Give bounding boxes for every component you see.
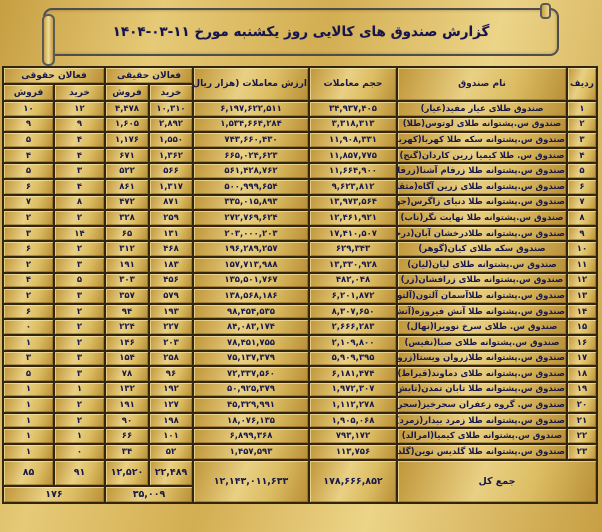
cell-legal-sell: ۱ (3, 428, 54, 444)
cell-volume: ۸,۳۰۷,۶۵۰ (309, 304, 397, 320)
total-real-buy: ۲۲,۴۸۹ (149, 460, 193, 486)
cell-fund-name: صندوق س.پشتوانه طلادرخشان آبان(درخشان) (397, 226, 567, 242)
cell-volume: ۹,۶۲۳,۸۱۲ (309, 179, 397, 195)
cell-row-number: ۱ (567, 101, 597, 117)
table-row: ۳ صندوق س.پشتوانه سکه طلا کهربا(کهربا) ۱… (3, 132, 597, 148)
cell-legal-buy: ۹ (54, 117, 105, 133)
cell-row-number: ۱۵ (567, 319, 597, 335)
cell-row-number: ۲۳ (567, 444, 597, 460)
cell-real-buy: ۲۲۷ (149, 319, 193, 335)
cell-real-sell: ۴۷۲ (105, 195, 149, 211)
table-footer: جمع کل ۱۷۸,۶۶۶,۸۵۲ ۱۲,۱۴۳,۰۱۱,۶۳۳ ۲۲,۴۸۹… (3, 460, 597, 503)
cell-row-number: ۱۸ (567, 366, 597, 382)
cell-real-sell: ۲۲۴ (105, 319, 149, 335)
cell-fund-name: صندوق س.پشتوانه طلا نهایت نگر(ناب) (397, 210, 567, 226)
total-real-sell: ۱۲,۵۲۰ (105, 460, 149, 486)
cell-real-buy: ۲,۸۹۲ (149, 117, 193, 133)
cell-real-sell: ۳۱۲ (105, 241, 149, 257)
cell-row-number: ۳ (567, 132, 597, 148)
cell-real-sell: ۳۴ (105, 444, 149, 460)
cell-legal-sell: ۹ (3, 117, 54, 133)
cell-legal-buy: ۲ (54, 304, 105, 320)
header-fund-name: نام صندوق (397, 67, 567, 101)
cell-real-buy: ۱۳۱ (149, 226, 193, 242)
cell-legal-sell: ۶ (3, 179, 54, 195)
cell-fund-name: صندوق س.پشتوانه طلای لیان(لیان) (397, 257, 567, 273)
cell-real-sell: ۱,۱۷۶ (105, 132, 149, 148)
total-volume: ۱۷۸,۶۶۶,۸۵۲ (309, 460, 397, 503)
cell-fund-name: صندوق س.پشتوانه طلازروان ویستا(زروان) (397, 351, 567, 367)
header-real-actors-group: فعالان حقیقی (105, 67, 193, 84)
cell-real-buy: ۴۶۸ (149, 241, 193, 257)
table-row: ۶ صندوق س.پشتوانه طلای زرین آگاه(مثقال) … (3, 179, 597, 195)
table-row: ۸ صندوق س.پشتوانه طلا نهایت نگر(ناب) ۱۲,… (3, 210, 597, 226)
cell-volume: ۱۱,۸۵۷,۷۷۵ (309, 148, 397, 164)
cell-row-number: ۱۱ (567, 257, 597, 273)
cell-real-buy: ۱۰۱ (149, 428, 193, 444)
cell-real-buy: ۵۶۶ (149, 163, 193, 179)
cell-legal-buy: ۲ (54, 335, 105, 351)
title-banner-area: گزارش صندوق های کالایی روز یکشنبه مورخ ۱… (0, 0, 602, 56)
cell-legal-sell: ۲ (3, 257, 54, 273)
table-row: ۱ صندوق طلای عیار مفید(عیار) ۳۴,۹۳۷,۴۰۵ … (3, 101, 597, 117)
cell-fund-name: صندوق س. طلای سرخ نوویرا(نهال) (397, 319, 567, 335)
cell-row-number: ۱۶ (567, 335, 597, 351)
cell-fund-name: صندوق سکه طلای کیان(گوهر) (397, 241, 567, 257)
table-row: ۱۷ صندوق س.پشتوانه طلازروان ویستا(زروان)… (3, 351, 597, 367)
funds-report-table: ردیف نام صندوق حجم معاملات ارزش معاملات … (2, 66, 598, 504)
cell-real-buy: ۹۶ (149, 366, 193, 382)
header-legal-actors-group: فعالان حقوقی (3, 67, 105, 84)
header-real-buy: خرید (149, 84, 193, 101)
header-volume: حجم معاملات (309, 67, 397, 101)
cell-legal-buy: ۱ (54, 382, 105, 398)
table-body: ۱ صندوق طلای عیار مفید(عیار) ۳۴,۹۳۷,۴۰۵ … (3, 101, 597, 460)
cell-legal-sell: ۲ (3, 288, 54, 304)
cell-fund-name: صندوق س.پشتوانه طلای صبا(نفیس) (397, 335, 567, 351)
cell-real-buy: ۲۵۹ (149, 210, 193, 226)
cell-fund-name: صندوق س.پشتوانه طلاآسمان آلتون(آلتون) (397, 288, 567, 304)
cell-real-sell: ۶۷۱ (105, 148, 149, 164)
cell-row-number: ۱۲ (567, 273, 597, 289)
cell-value: ۷۲,۳۳۷,۵۶۰ (193, 366, 309, 382)
cell-value: ۹۸,۴۵۴,۵۳۵ (193, 304, 309, 320)
cell-real-sell: ۷۸ (105, 366, 149, 382)
total-legal-actors: ۱۷۶ (3, 486, 105, 503)
cell-legal-sell: ۳ (3, 351, 54, 367)
cell-value: ۱۸,۰۷۶,۱۳۵ (193, 413, 309, 429)
cell-legal-sell: ۱ (3, 413, 54, 429)
banner-top-right-pin-decoration (540, 3, 551, 19)
cell-row-number: ۶ (567, 179, 597, 195)
cell-legal-buy: ۳ (54, 288, 105, 304)
cell-real-sell: ۱۳۲ (105, 382, 149, 398)
total-value: ۱۲,۱۴۳,۰۱۱,۶۳۳ (193, 460, 309, 503)
cell-value: ۷۴۳,۶۶۰,۴۳۰ (193, 132, 309, 148)
cell-real-buy: ۵۷۹ (149, 288, 193, 304)
cell-legal-sell: ۵ (3, 132, 54, 148)
cell-row-number: ۸ (567, 210, 597, 226)
cell-value: ۴۵,۳۲۹,۹۹۱ (193, 397, 309, 413)
cell-value: ۶,۸۹۹,۳۶۸ (193, 428, 309, 444)
header-row-number: ردیف (567, 67, 597, 101)
page-title: گزارش صندوق های کالایی روز یکشنبه مورخ ۱… (113, 24, 490, 40)
cell-volume: ۷۹۳,۱۷۲ (309, 428, 397, 444)
cell-real-buy: ۱۹۸ (149, 413, 193, 429)
table-row: ۲۰ صندوق س. گروه زعفران سحرخیز(سحرخیز) ۱… (3, 397, 597, 413)
cell-value: ۳۳۵,۰۱۵,۸۹۳ (193, 195, 309, 211)
cell-real-sell: ۱۹۱ (105, 397, 149, 413)
cell-legal-buy: ۳ (54, 163, 105, 179)
table-row: ۱۳ صندوق س.پشتوانه طلاآسمان آلتون(آلتون)… (3, 288, 597, 304)
cell-legal-buy: ۵ (54, 273, 105, 289)
cell-legal-buy: ۳ (54, 257, 105, 273)
cell-value: ۱,۴۵۷,۵۹۳ (193, 444, 309, 460)
cell-volume: ۱۱,۶۶۴,۹۰۰ (309, 163, 397, 179)
cell-fund-name: صندوق س.پشتوانه طلا زمرد بیدار(زمرد) (397, 413, 567, 429)
cell-legal-buy: ۱ (54, 428, 105, 444)
cell-row-number: ۱۰ (567, 241, 597, 257)
cell-real-buy: ۱۲۷ (149, 397, 193, 413)
cell-volume: ۱۲,۴۶۱,۹۲۱ (309, 210, 397, 226)
cell-real-sell: ۳۰۳ (105, 273, 149, 289)
table-row: ۲۳ صندوق س.پشتوانه طلا گلدیس نوین(گلدیس)… (3, 444, 597, 460)
cell-real-sell: ۹۴ (105, 304, 149, 320)
cell-legal-sell: ۶ (3, 304, 54, 320)
cell-volume: ۱,۱۱۲,۲۷۸ (309, 397, 397, 413)
table-row: ۲۱ صندوق س.پشتوانه طلا زمرد بیدار(زمرد) … (3, 413, 597, 429)
cell-real-buy: ۱۸۳ (149, 257, 193, 273)
header-legal-sell: فروش (3, 84, 54, 101)
total-legal-sell: ۸۵ (3, 460, 54, 486)
cell-fund-name: صندوق س.پشتوانه طلا دنیای زاگرس(جواهر) (397, 195, 567, 211)
cell-legal-sell: ۴ (3, 273, 54, 289)
cell-legal-buy: ۲ (54, 241, 105, 257)
cell-legal-sell: ۳ (3, 226, 54, 242)
cell-fund-name: صندوق س.پشتوانه طلای کیمیا(امرالد) (397, 428, 567, 444)
cell-row-number: ۲۲ (567, 428, 597, 444)
cell-legal-buy: ۲ (54, 413, 105, 429)
cell-legal-buy: ۴ (54, 132, 105, 148)
cell-real-buy: ۱۰,۳۱۰ (149, 101, 193, 117)
cell-legal-sell: ۱۰ (3, 101, 54, 117)
cell-value: ۱,۵۳۴,۶۶۴,۲۸۴ (193, 117, 309, 133)
cell-legal-buy: ۲ (54, 210, 105, 226)
cell-value: ۶۶۵,۰۲۴,۶۲۳ (193, 148, 309, 164)
cell-fund-name: صندوق س. گروه زعفران سحرخیز(سحرخیز) (397, 397, 567, 413)
cell-legal-sell: ۱ (3, 382, 54, 398)
cell-row-number: ۷ (567, 195, 597, 211)
cell-value: ۷۸,۴۵۱,۷۵۵ (193, 335, 309, 351)
cell-fund-name: صندوق س.پشتوانه سکه طلا کهربا(کهربا) (397, 132, 567, 148)
table-row: ۲ صندوق س.پشتوانه طلای لوتوس(طلا) ۳,۳۱۸,… (3, 117, 597, 133)
cell-legal-buy: ۱۲ (54, 101, 105, 117)
cell-value: ۱۳۸,۵۶۸,۱۸۶ (193, 288, 309, 304)
cell-row-number: ۲ (567, 117, 597, 133)
cell-row-number: ۱۷ (567, 351, 597, 367)
cell-legal-buy: ۰ (54, 444, 105, 460)
cell-value: ۵۰,۹۲۵,۳۷۹ (193, 382, 309, 398)
table-header: ردیف نام صندوق حجم معاملات ارزش معاملات … (3, 67, 597, 101)
cell-volume: ۳,۳۱۸,۳۱۳ (309, 117, 397, 133)
cell-legal-buy: ۴ (54, 148, 105, 164)
total-real-actors: ۳۵,۰۰۹ (105, 486, 193, 503)
cell-row-number: ۹ (567, 226, 597, 242)
cell-fund-name: صندوق س.پشتوانه طلای زرافشان(زر) (397, 273, 567, 289)
title-banner: گزارش صندوق های کالایی روز یکشنبه مورخ ۱… (43, 8, 559, 56)
header-value: ارزش معاملات (هزار ریال) (193, 67, 309, 101)
cell-real-sell: ۳۵۷ (105, 288, 149, 304)
cell-legal-buy: ۲ (54, 397, 105, 413)
cell-real-buy: ۲۵۸ (149, 351, 193, 367)
cell-row-number: ۲۰ (567, 397, 597, 413)
cell-volume: ۱۳,۹۷۳,۵۶۴ (309, 195, 397, 211)
total-legal-buy: ۹۱ (54, 460, 105, 486)
table-row: ۱۹ صندوق س.پشتوانه طلا تابان تمدن(تابش) … (3, 382, 597, 398)
cell-volume: ۶,۲۰۱,۸۷۲ (309, 288, 397, 304)
cell-real-buy: ۵۲ (149, 444, 193, 460)
cell-volume: ۴۸۲,۰۴۸ (309, 273, 397, 289)
cell-volume: ۱۱,۹۰۸,۳۳۱ (309, 132, 397, 148)
cell-legal-sell: ۱ (3, 397, 54, 413)
cell-real-buy: ۱,۳۶۲ (149, 148, 193, 164)
cell-legal-buy: ۱۴ (54, 226, 105, 242)
cell-fund-name: صندوق س.پشتوانه طلای زرین آگاه(مثقال) (397, 179, 567, 195)
cell-legal-sell: ۴ (3, 148, 54, 164)
cell-legal-buy: ۸ (54, 195, 105, 211)
cell-fund-name: صندوق س. طلا کیمیا زرین کاردان(گنج) (397, 148, 567, 164)
cell-legal-buy: ۳ (54, 366, 105, 382)
cell-fund-name: صندوق س.پشتوانه طلا گلدیس نوین(گلدیس) (397, 444, 567, 460)
cell-real-sell: ۶۵ (105, 226, 149, 242)
cell-fund-name: صندوق س.پشتوانه طلا آتش فیروزه(آتش) (397, 304, 567, 320)
cell-legal-sell: ۷ (3, 195, 54, 211)
cell-real-buy: ۱,۵۵۰ (149, 132, 193, 148)
table-row: ۵ صندوق س.پشتوانه طلا زرفام آشنا(زرفام) … (3, 163, 597, 179)
cell-value: ۲۷۲,۷۶۹,۶۲۴ (193, 210, 309, 226)
cell-value: ۱۵۷,۷۱۳,۹۸۸ (193, 257, 309, 273)
cell-real-buy: ۱۹۳ (149, 304, 193, 320)
header-real-sell: فروش (105, 84, 149, 101)
cell-fund-name: صندوق س.پشتوانه طلای لوتوس(طلا) (397, 117, 567, 133)
table-row: ۱۲ صندوق س.پشتوانه طلای زرافشان(زر) ۴۸۲,… (3, 273, 597, 289)
cell-volume: ۳۴,۹۳۷,۴۰۵ (309, 101, 397, 117)
cell-volume: ۶۲۹,۳۴۳ (309, 241, 397, 257)
cell-value: ۱۹۶,۲۸۹,۲۵۷ (193, 241, 309, 257)
header-legal-buy: خرید (54, 84, 105, 101)
cell-legal-sell: ۱ (3, 444, 54, 460)
cell-volume: ۵,۹۰۹,۳۹۵ (309, 351, 397, 367)
cell-row-number: ۴ (567, 148, 597, 164)
cell-volume: ۲,۶۶۶,۲۸۳ (309, 319, 397, 335)
cell-fund-name: صندوق س.پشتوانه طلا تابان تمدن(تابش) (397, 382, 567, 398)
cell-real-sell: ۳۲۸ (105, 210, 149, 226)
cell-legal-sell: ۱ (3, 335, 54, 351)
cell-real-buy: ۸۷۱ (149, 195, 193, 211)
cell-fund-name: صندوق س.پشتوانه طلا زرفام آشنا(زرفام) (397, 163, 567, 179)
total-label: جمع کل (397, 460, 597, 503)
cell-volume: ۱۳,۳۳۰,۹۲۸ (309, 257, 397, 273)
cell-legal-sell: ۶ (3, 241, 54, 257)
cell-volume: ۲,۱۰۹,۸۰۰ (309, 335, 397, 351)
cell-legal-buy: ۲ (54, 319, 105, 335)
cell-value: ۵۶۱,۴۲۸,۷۶۲ (193, 163, 309, 179)
cell-real-buy: ۱۹۲ (149, 382, 193, 398)
cell-real-sell: ۵۲۲ (105, 163, 149, 179)
cell-real-sell: ۸۶۱ (105, 179, 149, 195)
cell-row-number: ۱۹ (567, 382, 597, 398)
table-row: ۷ صندوق س.پشتوانه طلا دنیای زاگرس(جواهر)… (3, 195, 597, 211)
cell-legal-buy: ۳ (54, 351, 105, 367)
cell-legal-sell: ۵ (3, 163, 54, 179)
cell-real-buy: ۲۰۳ (149, 335, 193, 351)
cell-legal-buy: ۴ (54, 179, 105, 195)
table-row: ۹ صندوق س.پشتوانه طلادرخشان آبان(درخشان)… (3, 226, 597, 242)
cell-real-sell: ۶۶ (105, 428, 149, 444)
cell-value: ۶,۱۹۷,۶۲۲,۵۱۱ (193, 101, 309, 117)
cell-volume: ۱,۹۷۲,۳۰۷ (309, 382, 397, 398)
table-row: ۲۲ صندوق س.پشتوانه طلای کیمیا(امرالد) ۷۹… (3, 428, 597, 444)
cell-legal-sell: ۰ (3, 319, 54, 335)
cell-fund-name: صندوق طلای عیار مفید(عیار) (397, 101, 567, 117)
cell-row-number: ۵ (567, 163, 597, 179)
cell-volume: ۶,۱۸۱,۴۷۴ (309, 366, 397, 382)
cell-real-sell: ۱۴۶ (105, 335, 149, 351)
cell-real-sell: ۴,۴۷۸ (105, 101, 149, 117)
cell-volume: ۱۱۳,۷۵۶ (309, 444, 397, 460)
cell-volume: ۱,۹۰۵,۰۶۸ (309, 413, 397, 429)
cell-row-number: ۱۴ (567, 304, 597, 320)
cell-legal-sell: ۲ (3, 210, 54, 226)
cell-row-number: ۲۱ (567, 413, 597, 429)
cell-legal-sell: ۵ (3, 366, 54, 382)
cell-value: ۲۰۳,۰۰۰,۲۰۳ (193, 226, 309, 242)
cell-value: ۸۴,۰۸۳,۱۷۴ (193, 319, 309, 335)
cell-value: ۵۰۰,۹۹۹,۶۵۴ (193, 179, 309, 195)
cell-real-sell: ۱۵۴ (105, 351, 149, 367)
table-row: ۱۶ صندوق س.پشتوانه طلای صبا(نفیس) ۲,۱۰۹,… (3, 335, 597, 351)
cell-real-sell: ۱,۶۰۵ (105, 117, 149, 133)
cell-volume: ۱۷,۴۱۰,۵۰۷ (309, 226, 397, 242)
cell-real-sell: ۱۹۱ (105, 257, 149, 273)
table-row: ۴ صندوق س. طلا کیمیا زرین کاردان(گنج) ۱۱… (3, 148, 597, 164)
table-row: ۱۰ صندوق سکه طلای کیان(گوهر) ۶۲۹,۳۴۳ ۱۹۶… (3, 241, 597, 257)
cell-real-buy: ۴۵۶ (149, 273, 193, 289)
cell-real-sell: ۹۰ (105, 413, 149, 429)
banner-left-pin-decoration (42, 14, 55, 66)
table-row: ۱۱ صندوق س.پشتوانه طلای لیان(لیان) ۱۳,۳۳… (3, 257, 597, 273)
cell-value: ۷۵,۱۳۷,۳۷۹ (193, 351, 309, 367)
table-row: ۱۸ صندوق س.پشتوانه طلای دماوند(قیراط) ۶,… (3, 366, 597, 382)
cell-row-number: ۱۳ (567, 288, 597, 304)
table-row: ۱۵ صندوق س. طلای سرخ نوویرا(نهال) ۲,۶۶۶,… (3, 319, 597, 335)
cell-fund-name: صندوق س.پشتوانه طلای دماوند(قیراط) (397, 366, 567, 382)
cell-value: ۱۳۵,۵۰۱,۷۶۷ (193, 273, 309, 289)
cell-real-buy: ۱,۳۱۷ (149, 179, 193, 195)
table-row: ۱۴ صندوق س.پشتوانه طلا آتش فیروزه(آتش) ۸… (3, 304, 597, 320)
